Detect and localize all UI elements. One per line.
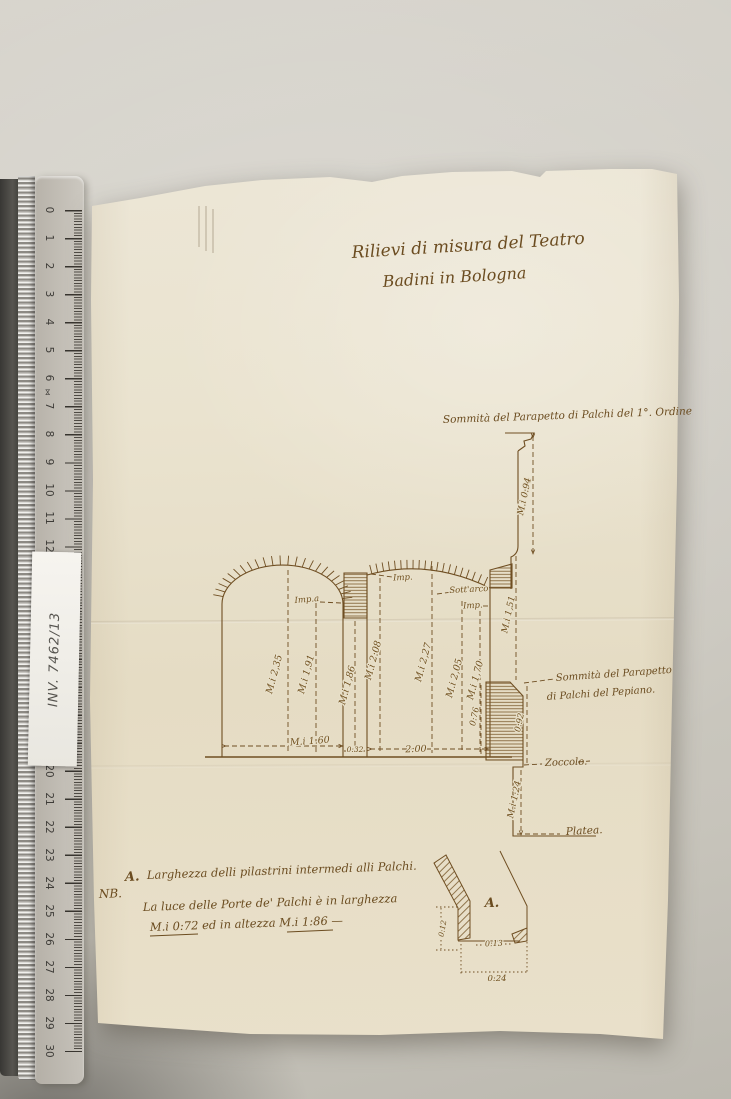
photo-stage: 0123456789101112131415161718192021222324… [0, 0, 731, 1099]
paper-shading [88, 165, 682, 1045]
inventory-number: INV. 7462/13 [46, 611, 63, 707]
inventory-label: INV. 7462/13 [28, 552, 81, 767]
paper-shadow-wrap [0, 0, 731, 1099]
manuscript-paper [88, 165, 682, 1045]
